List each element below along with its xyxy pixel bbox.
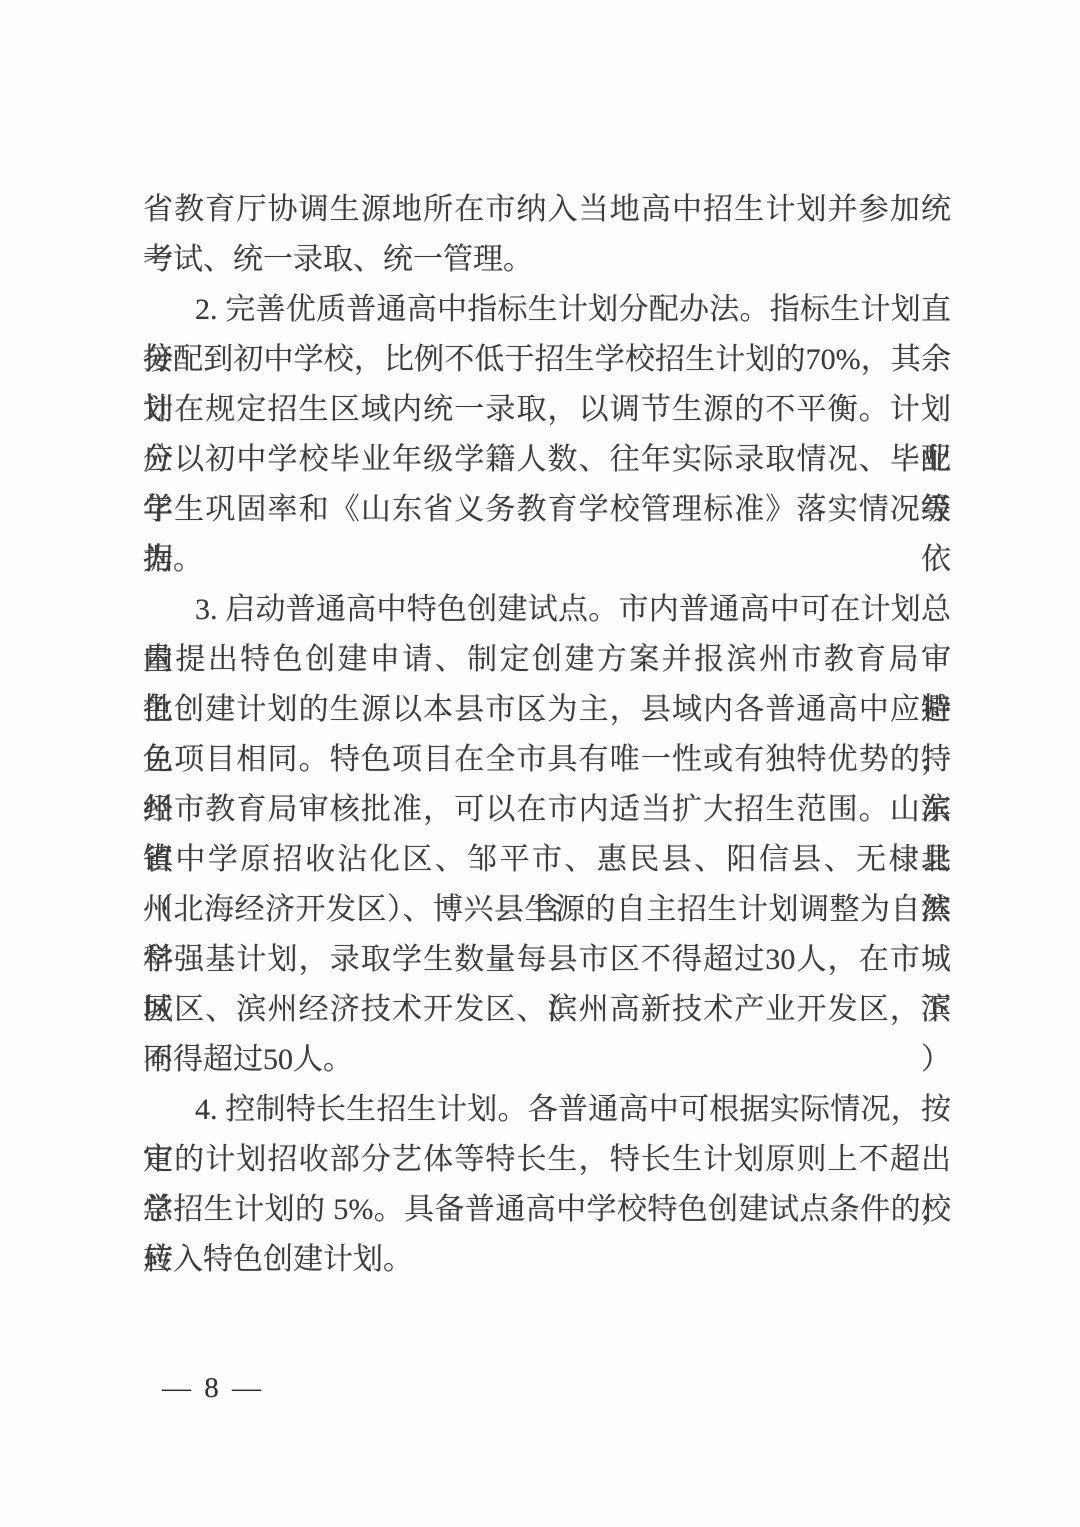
text-line: 划在规定招生区域内统一录取，以调节生源的不平衡。计划分配 xyxy=(143,385,951,435)
text-line-paragraph-4-start: 4. 控制特长生招生计划。各普通高中可根据实际情况，按审 xyxy=(143,1085,951,1135)
text-line: 镇中学原招收沾化区、邹平市、惠民县、阳信县、无棣县（含滨 xyxy=(143,835,951,885)
text-line-paragraph-2-start: 2. 完善优质普通高中指标生计划分配办法。指标生计划直接 xyxy=(143,285,951,335)
text-line: 学强基计划，录取学生数量每县市区不得超过30人，在市城区（滨 xyxy=(143,935,951,985)
body-text: 省教育厅协调生源地所在市纳入当地高中招生计划并参加统一 考试、统一录取、统一管理… xyxy=(143,185,951,1285)
text-line: 城区、滨州经济技术开发区、滨州高新技术产业开发区，下同） xyxy=(143,985,951,1035)
text-line: 转入特色创建计划。 xyxy=(143,1235,951,1285)
text-line: 考试、统一录取、统一管理。 xyxy=(143,235,951,285)
document-page: 省教育厅协调生源地所在市纳入当地高中招生计划并参加统一 考试、统一录取、统一管理… xyxy=(0,0,1080,1527)
page-number: — 8 — xyxy=(162,1368,264,1408)
text-line: 内提出特色创建申请、制定创建方案并报滨州市教育局审批。特 xyxy=(143,635,951,685)
text-line: 色创建计划的生源以本县市区为主，县域内各普通高中应避免特 xyxy=(143,685,951,735)
text-line: 分配到初中学校，比例不低于招生学校招生计划的70%，其余计 xyxy=(143,335,951,385)
text-line: 学生巩固率和《山东省义务教育学校管理标准》落实情况等为依 xyxy=(143,485,951,535)
text-line-paragraph-3-start: 3. 启动普通高中特色创建试点。市内普通高中可在计划总量 xyxy=(143,585,951,635)
text-line: 州北海经济开发区）、博兴县生源的自主招生计划调整为自然科 xyxy=(143,885,951,935)
text-line: 总招生计划的 5%。具备普通高中学校特色创建试点条件的，应 xyxy=(143,1185,951,1235)
text-line: 色项目相同。特色项目在全市具有唯一性或有独特优势的，经滨 xyxy=(143,735,951,785)
text-line: 州市教育局审核批准，可以在市内适当扩大招生范围。山东省北 xyxy=(143,785,951,835)
text-line: 定的计划招收部分艺体等特长生，特长生计划原则上不超出学校 xyxy=(143,1135,951,1185)
text-line: 应以初中学校毕业年级学籍人数、往年实际录取情况、毕业年级 xyxy=(143,435,951,485)
text-line: 省教育厅协调生源地所在市纳入当地高中招生计划并参加统一 xyxy=(143,185,951,235)
